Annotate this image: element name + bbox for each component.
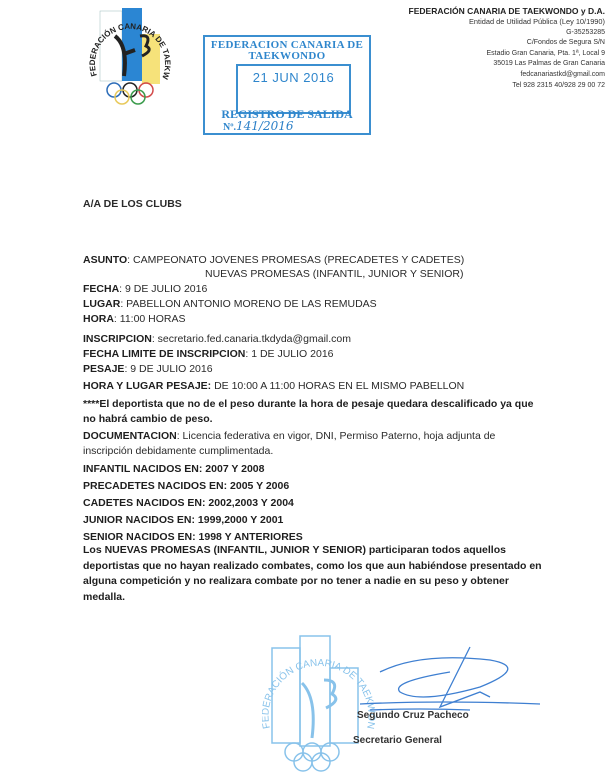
federation-name: FEDERACIÓN CANARIA DE TAEKWONDO y D.A. [340,6,605,17]
field-line: LUGAR: PABELLON ANTONIO MORENO DE LAS RE… [83,298,377,311]
field-label: LUGAR [83,298,120,310]
field-line: HORA: 11:00 HORAS [83,313,186,326]
field-label: HORA [83,313,114,325]
closing-line: alguna competición y no realizara combat… [83,575,509,588]
stamp-number: Nº.141/2016 [223,119,316,133]
field-label: HORA Y LUGAR PESAJE: [83,380,211,392]
field-value: : 1 DE JULIO 2016 [245,348,333,360]
field-label: INSCRIPCION [83,333,152,345]
federation-header: FEDERACIÓN CANARIA DE TAEKWONDO y D.A. E… [340,6,605,91]
category-line: PRECADETES NACIDOS EN: 2005 Y 2006 [83,480,289,493]
field-line: HORA Y LUGAR PESAJE: DE 10:00 A 11:00 HO… [83,380,464,393]
field-value: : 11:00 HORAS [114,313,186,325]
field-value: : 9 DE JULIO 2016 [119,283,207,295]
federation-status: Entidad de Utilidad Pública (Ley 10/1990… [340,17,605,28]
federation-logo-icon: FEDERACIÓN CANARIA DE TAEKWONDO [80,6,180,106]
federation-address-1: C/Fondos de Segura S/N [340,38,605,49]
field-line: FECHA LIMITE DE INSCRIPCION: 1 DE JULIO … [83,348,334,361]
field-value: : PABELLON ANTONIO MORENO DE LAS REMUDAS [120,298,376,310]
signer-title: Secretario General [353,735,442,746]
category-line: CADETES NACIDOS EN: 2002,2003 Y 2004 [83,497,294,510]
federation-email: fedcanariastkd@gmail.com [340,70,605,81]
category-line: SENIOR NACIDOS EN: 1998 Y ANTERIORES [83,531,303,544]
closing-line: Los NUEVAS PROMESAS (INFANTIL, JUNIOR Y … [83,544,506,557]
field-label: FECHA LIMITE DE INSCRIPCION [83,348,245,360]
field-line: INSCRIPCION: secretario.fed.canaria.tkdy… [83,333,351,346]
asunto-label: ASUNTO [83,254,127,266]
stamp-date: 21 JUN 2016 [238,70,349,85]
field-value: DE 10:00 A 11:00 HORAS EN EL MISMO PABEL… [211,380,464,392]
field-label: FECHA [83,283,119,295]
federation-cif: G-35253285 [340,28,605,39]
category-line: JUNIOR NACIDOS EN: 1999,2000 Y 2001 [83,514,283,527]
documentacion-line-2: inscripción debidamente cumplimentada. [83,445,273,458]
asunto-line-2: NUEVAS PROMESAS (INFANTIL, JUNIOR Y SENI… [205,268,463,281]
federation-address-3: 35019 Las Palmas de Gran Canaria [340,59,605,70]
asunto-line: ASUNTO: CAMPEONATO JOVENES PROMESAS (PRE… [83,254,464,267]
category-line: INFANTIL NACIDOS EN: 2007 Y 2008 [83,463,264,476]
signer-name: Segundo Cruz Pacheco [357,710,469,721]
asunto-value: : CAMPEONATO JOVENES PROMESAS (PRECADETE… [127,254,464,266]
warning-line-2: no habrá cambio de peso. [83,413,213,426]
federation-phone: Tel 928 2315 40/928 29 00 72 [340,81,605,92]
documentacion-line: DOCUMENTACION: Licencia federativa en vi… [83,430,495,443]
field-line: PESAJE: 9 DE JULIO 2016 [83,363,213,376]
registry-stamp: FEDERACION CANARIA DE TAEKWONDO 21 JUN 2… [203,35,371,135]
closing-line: deportistas que no hayan realizado comba… [83,560,542,573]
addressee: A/A DE LOS CLUBS [83,198,182,211]
stamp-number-label: Nº. [223,122,236,133]
field-label: PESAJE [83,363,124,375]
documentacion-label: DOCUMENTACION [83,430,177,442]
field-value: : secretario.fed.canaria.tkdyda@gmail.co… [152,333,351,345]
field-line: FECHA: 9 DE JULIO 2016 [83,283,207,296]
stamp-org-line2: TAEKWONDO [205,51,369,62]
federation-address-2: Estadio Gran Canaria, Pta. 1ª, Local 9 [340,49,605,60]
warning-line-1: ****El deportista que no de el peso dura… [83,398,533,411]
stamp-number-value: 141/2016 [236,119,316,134]
closing-line: medalla. [83,591,125,604]
field-value: : 9 DE JULIO 2016 [124,363,212,375]
